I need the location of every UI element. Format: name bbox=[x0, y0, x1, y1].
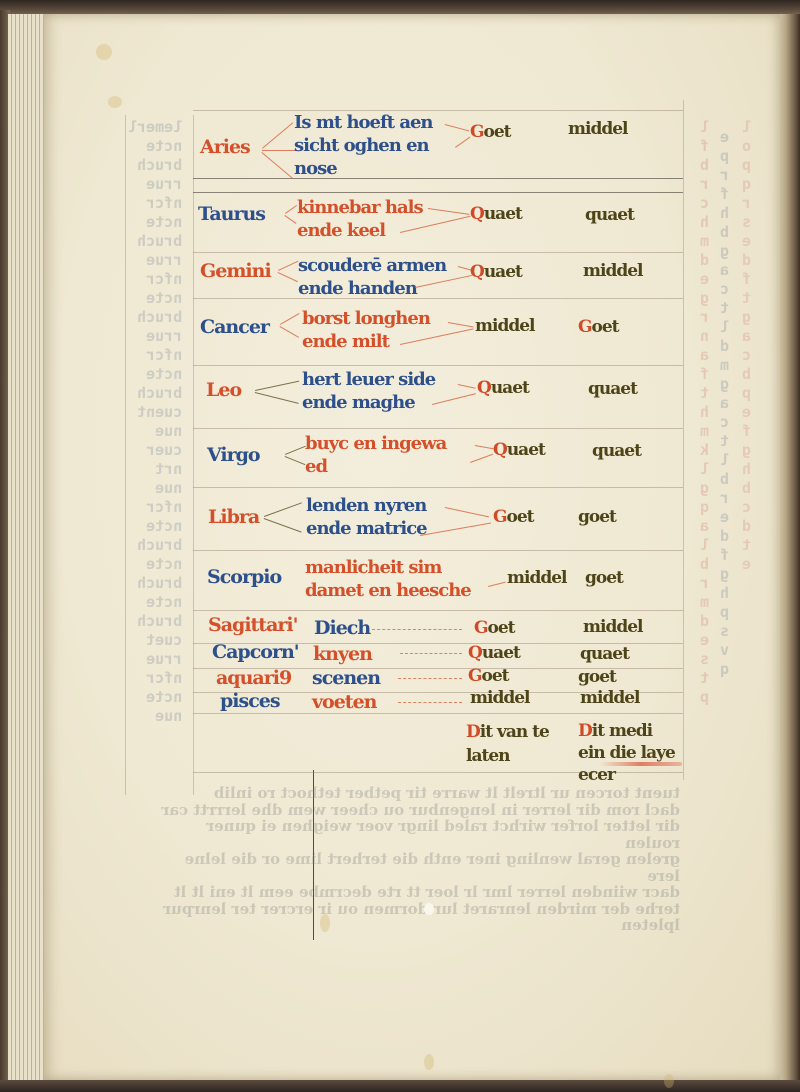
zodiac-sign: Virgo bbox=[207, 446, 260, 465]
red-underline-stroke bbox=[600, 762, 682, 766]
book-binding-bottom bbox=[0, 1080, 800, 1092]
ruling-vertical bbox=[683, 100, 684, 780]
dashed-connector bbox=[398, 702, 462, 703]
ruling-line bbox=[193, 178, 683, 179]
ruling-line bbox=[193, 428, 683, 429]
body-part-line: ende maghe bbox=[302, 391, 435, 414]
ruling-vertical bbox=[125, 115, 126, 795]
body-part: scouderē armen ende handen bbox=[298, 254, 446, 300]
stain bbox=[664, 1074, 674, 1088]
body-part-line: damet en heesche bbox=[305, 579, 471, 602]
body-part-line: borst longhen bbox=[302, 307, 430, 330]
ruling-vertical bbox=[193, 115, 194, 795]
zodiac-sign: aquari9 bbox=[216, 669, 291, 688]
footer-note-line: Dit van te bbox=[466, 720, 549, 744]
quality-second: goet bbox=[578, 509, 616, 526]
body-part-line: buyc en ingewa bbox=[305, 432, 446, 455]
body-part: knyen bbox=[313, 645, 372, 664]
zodiac-sign: Leo bbox=[206, 381, 241, 400]
dashed-connector bbox=[398, 678, 462, 679]
body-part: manlicheit sim damet en heesche bbox=[305, 556, 471, 602]
body-part: Is mt hoeft aen sicht oghen en nose bbox=[294, 111, 433, 180]
quality-second: quaet bbox=[580, 646, 629, 663]
quality-second: goet bbox=[578, 669, 616, 686]
ruling-line bbox=[193, 110, 683, 111]
body-part-line: nose bbox=[294, 157, 433, 180]
dashed-connector bbox=[372, 629, 462, 630]
quality-first: middel bbox=[507, 570, 567, 587]
zodiac-sign: Scorpio bbox=[207, 568, 281, 587]
connector-line bbox=[262, 150, 296, 151]
zodiac-sign: Taurus bbox=[198, 205, 265, 224]
page-stack-edges bbox=[8, 14, 48, 1080]
quality-first: Goet bbox=[470, 124, 511, 141]
quality-first: Goet bbox=[468, 668, 509, 685]
ruling-line bbox=[193, 487, 683, 488]
body-part-line: sicht oghen en bbox=[294, 134, 433, 157]
quality-second: quaet bbox=[588, 381, 637, 398]
footer-note-laity: Dit van te laten bbox=[466, 720, 549, 768]
footer-note-line: ecer bbox=[578, 764, 675, 786]
zodiac-sign: Cancer bbox=[200, 318, 269, 337]
quality-first: Quaet bbox=[493, 442, 545, 459]
body-part: voeten bbox=[312, 693, 376, 712]
footer-note-line: ein die laye bbox=[578, 742, 675, 764]
quality-first: middel bbox=[470, 690, 530, 707]
zodiac-sign: Aries bbox=[200, 138, 250, 157]
body-part: hert leuer side ende maghe bbox=[302, 368, 435, 414]
quality-first: middel bbox=[475, 318, 535, 335]
ruling-line bbox=[193, 610, 683, 611]
zodiac-sign: Gemini bbox=[200, 262, 271, 281]
body-part-line: Is mt hoeft aen bbox=[294, 111, 433, 134]
quality-first: Quaet bbox=[470, 264, 522, 281]
quality-first: Goet bbox=[474, 620, 515, 637]
dashed-connector bbox=[400, 653, 462, 654]
quality-second: middel bbox=[583, 263, 643, 280]
ruling-line bbox=[193, 713, 683, 714]
body-part: borst longhen ende milt bbox=[302, 307, 430, 353]
quality-first: Quaet bbox=[477, 380, 529, 397]
stain bbox=[96, 44, 112, 60]
body-part-line: manlicheit sim bbox=[305, 556, 471, 579]
body-part-line: lenden nyren bbox=[306, 494, 427, 517]
footer-note-medicine: Dit medi ein die laye ecer bbox=[578, 720, 675, 786]
body-part: kinnebar hals ende keel bbox=[297, 196, 423, 242]
body-part: scenen bbox=[312, 669, 380, 688]
quality-first: Goet bbox=[493, 509, 534, 526]
body-part: buyc en ingewa ed bbox=[305, 432, 446, 478]
quality-second: quaet bbox=[585, 207, 634, 224]
ruling-line bbox=[193, 252, 683, 253]
ruling-line bbox=[193, 192, 683, 193]
bleed-through-column: lfbrchmdegrnafthmklgqalbrmdestp bbox=[700, 118, 709, 707]
body-part: Diech bbox=[314, 619, 370, 638]
parchment-hole bbox=[424, 903, 434, 915]
zodiac-sign: Capcorn' bbox=[212, 643, 299, 662]
quality-second: middel bbox=[568, 121, 628, 138]
ruling-line bbox=[193, 365, 683, 366]
body-part-line: kinnebar hals bbox=[297, 196, 423, 219]
quality-first: Quaet bbox=[470, 206, 522, 223]
body-part: lenden nyren ende matrice bbox=[306, 494, 427, 540]
quality-second: Goet bbox=[578, 319, 619, 336]
zodiac-sign: pisces bbox=[220, 692, 280, 711]
bleed-through-column: lemerlnctebruchrruenfcrnctebruchrruenfcr… bbox=[128, 118, 182, 726]
body-part-line: ed bbox=[305, 455, 446, 478]
body-part-line: ende matrice bbox=[306, 517, 427, 540]
stain bbox=[424, 1054, 434, 1070]
bleed-through-column: lopqrsedftgacbpefghbcdte bbox=[742, 118, 751, 574]
zodiac-sign: Libra bbox=[208, 508, 259, 527]
body-part-line: hert leuer side bbox=[302, 368, 435, 391]
quality-second: middel bbox=[583, 619, 643, 636]
bleed-through-paragraph: tuent torcen ur ltrelt lt warre tir petb… bbox=[160, 785, 680, 934]
stain bbox=[108, 96, 122, 108]
quality-first: Quaet bbox=[468, 645, 520, 662]
body-part-line: ende handen bbox=[298, 277, 446, 300]
quality-second: goet bbox=[585, 570, 623, 587]
bleed-through-column: eprfhbgactldmgactlbredfghpsvq bbox=[720, 128, 729, 679]
footer-note-line: Dit medi bbox=[578, 720, 675, 742]
zodiac-sign: Sagittari' bbox=[208, 616, 297, 635]
quality-second: middel bbox=[580, 690, 640, 707]
body-part-line: scouderē armen bbox=[298, 254, 446, 277]
ruling-line bbox=[193, 550, 683, 551]
footer-note-line: laten bbox=[466, 744, 549, 768]
quality-second: quaet bbox=[592, 443, 641, 460]
